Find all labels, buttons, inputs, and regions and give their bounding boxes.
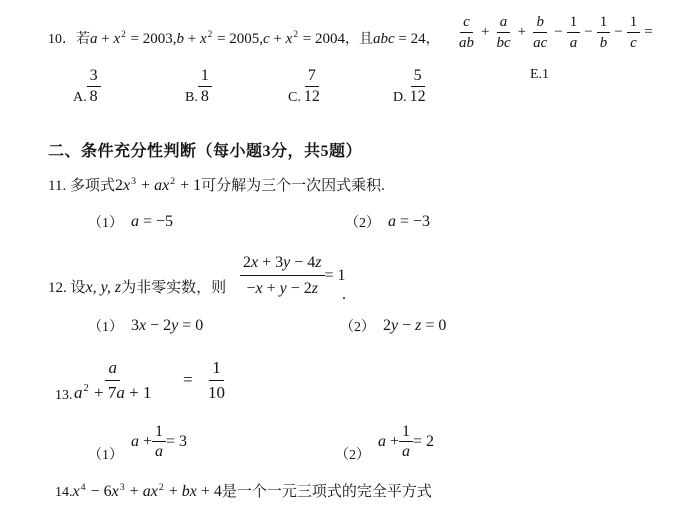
question-10: 10．若a + x2 = 2003,b + x2 = 2005,c + x2 =… xyxy=(48,10,683,68)
math-token: + xyxy=(165,483,182,500)
fraction-1-over-a: 1a xyxy=(399,422,413,461)
condition-pre: a + xyxy=(378,433,399,451)
option-e: E.1 xyxy=(530,66,549,84)
numerator: 1 xyxy=(209,356,224,381)
math-token: bx xyxy=(182,483,197,500)
numerator: 7 xyxy=(305,66,319,87)
math-token: = −3 xyxy=(396,213,430,230)
math-token: a xyxy=(402,443,410,460)
variables: x, y, z xyxy=(86,279,122,296)
condition-equation: 2y − z = 0 xyxy=(383,317,446,335)
question-12-stem: 12. 设x, y, z为非零实数，则 xyxy=(48,276,226,297)
math-token: + xyxy=(184,31,200,47)
denominator: ab xyxy=(456,33,477,53)
math-token: x xyxy=(286,31,293,47)
fraction-expression: cab + abc + bac − 1a − 1b − 1c = xyxy=(456,12,657,53)
superscript: 2 xyxy=(170,176,175,187)
math-token: 2 xyxy=(243,254,251,271)
denominator: 8 xyxy=(87,87,101,107)
superscript: 2 xyxy=(293,30,298,40)
question-number: 13. xyxy=(55,388,73,404)
condition-equation: 3x − 2y = 0 xyxy=(131,317,203,335)
condition-label: （1） xyxy=(88,444,123,464)
numerator: 1 xyxy=(399,422,413,442)
option-fraction: 18 xyxy=(198,66,212,107)
equation-series: a + x2 = 2003,b + x2 = 2005,c + x2 = 200… xyxy=(90,31,345,47)
math-token: = 0 xyxy=(421,317,446,334)
fraction-1-over-a: 1a xyxy=(152,422,166,461)
math-token: a xyxy=(388,213,396,230)
question-number: 10． xyxy=(48,32,76,47)
math-token: ax xyxy=(154,177,169,194)
math-token: a xyxy=(378,433,386,450)
superscript: 3 xyxy=(120,482,125,493)
option-label: B. xyxy=(185,89,198,107)
stem-lead: 若 xyxy=(76,32,90,47)
math-token: − 2 xyxy=(146,317,171,334)
superscript: 3 xyxy=(131,176,136,187)
numerator: 1 xyxy=(152,422,166,442)
math-token: + xyxy=(137,177,154,194)
math-token: + 3 xyxy=(258,254,283,271)
fraction-a-over-quadratic: aa2 + 7a + 1 xyxy=(71,356,154,405)
condition-post: = 3 xyxy=(166,433,187,451)
math-token: b xyxy=(177,31,185,47)
option-c: C. 712 xyxy=(288,66,323,107)
superscript: 2 xyxy=(208,30,213,40)
minus-operator: − xyxy=(584,24,592,41)
math-token: a xyxy=(74,383,83,402)
math-token: + xyxy=(126,483,143,500)
math-token: x xyxy=(123,177,130,194)
math-token: x xyxy=(73,483,80,500)
sentence-period: . xyxy=(342,286,346,304)
denominator: bc xyxy=(493,33,513,53)
condition-label: （2） xyxy=(345,212,380,232)
math-token: + xyxy=(139,433,152,450)
condition-equation: a = −3 xyxy=(388,213,430,231)
option-b: B. 18 xyxy=(185,66,212,107)
question-10-options: A. 38 B. 18 C. 712 D. 512 E.1 xyxy=(73,66,653,114)
option-fraction: 38 xyxy=(87,66,101,107)
numerator: 1 xyxy=(567,12,581,33)
condition-2: （2） 2y − z = 0 xyxy=(340,316,446,336)
equals-sign: = xyxy=(644,24,652,41)
fraction-1-over-a: 1a xyxy=(567,12,581,53)
condition-1: （1） a + 1a = 3 xyxy=(88,422,187,461)
fraction-c-over-ab: cab xyxy=(456,12,477,53)
condition-2: （2） a + 1a = 2 xyxy=(335,422,434,461)
fraction-1-over-c: 1c xyxy=(627,12,641,53)
math-token: c xyxy=(263,31,270,47)
fraction-equation: 2x + 3y − 4z−x + y − 2z = 1 xyxy=(240,250,346,301)
math-token: x, y, z xyxy=(86,279,122,296)
condition-equation: a = −5 xyxy=(131,213,173,231)
math-token: x xyxy=(256,280,263,297)
math-token: + 1 xyxy=(176,177,201,194)
math-token: − 4 xyxy=(290,254,315,271)
math-token: a xyxy=(108,358,117,377)
math-token: 2 xyxy=(115,177,123,194)
option-fraction: 512 xyxy=(407,66,429,107)
condition-label: （2） xyxy=(340,316,375,336)
math-token: x xyxy=(200,31,207,47)
math-token: = 1 xyxy=(325,267,346,284)
math-token: + xyxy=(270,31,286,47)
fraction-1-over-b: 1b xyxy=(597,12,611,53)
denominator: a2 + 7a + 1 xyxy=(71,381,154,405)
question-number: 14. xyxy=(55,485,73,500)
condition-2: （2） a = −3 xyxy=(345,212,430,232)
numerator: a xyxy=(105,356,120,381)
condition-post: = 2 xyxy=(413,433,434,451)
denominator: −x + y − 2z xyxy=(243,276,321,301)
denominator: a xyxy=(152,442,166,461)
question-11-conditions: （1） a = −5 （2） a = −3 xyxy=(48,212,608,240)
math-token: + xyxy=(263,280,280,297)
denominator: b xyxy=(597,33,611,53)
equals-one: = 1 xyxy=(325,267,346,285)
superscript: 4 xyxy=(81,482,86,493)
stem-lead: 设 xyxy=(71,280,86,296)
math-token: + 1 xyxy=(125,383,152,402)
math-token: z xyxy=(315,254,321,271)
math-token: a xyxy=(90,31,98,47)
numerator: c xyxy=(460,12,473,33)
math-token: = 2004 xyxy=(299,31,345,47)
question-12: 12. 设x, y, z为非零实数，则 2x + 3y − 4z−x + y −… xyxy=(48,250,648,314)
question-14: 14.x4 − 6x3 + ax2 + bx + 4是一个一元三项式的完全平方式 xyxy=(55,478,432,507)
math-token: = 0 xyxy=(178,317,203,334)
question-13-conditions: （1） a + 1a = 3 （2） a + 1a = 2 xyxy=(55,420,635,470)
minus-operator: − xyxy=(614,24,622,41)
denominator: ac xyxy=(530,33,550,53)
stem-tail: 是一个一元三项式的完全平方式 xyxy=(222,484,432,500)
denominator: 10 xyxy=(205,381,228,405)
denominator: 12 xyxy=(407,87,429,107)
separator-and: ，且 xyxy=(345,32,373,47)
superscript: 2 xyxy=(84,383,89,394)
stem-mid: 为非零实数，则 xyxy=(121,280,226,296)
math-token: = 3 xyxy=(166,433,187,450)
abc-equation: abc = 24 xyxy=(373,31,426,47)
section-heading: 二、条件充分性判断（每小题3分，共5题） xyxy=(48,138,362,161)
option-label: A. xyxy=(73,89,87,107)
denominator: 8 xyxy=(198,87,212,107)
denominator: a xyxy=(567,33,581,53)
question-number: 11. xyxy=(48,178,70,194)
fraction-a-over-bc: abc xyxy=(493,12,513,53)
math-token: = 2 xyxy=(413,433,434,450)
fraction-b-over-ac: bac xyxy=(530,12,550,53)
math-token: − xyxy=(398,317,415,334)
minus-operator: − xyxy=(554,24,562,41)
math-token: − 6 xyxy=(87,483,112,500)
math-token: + xyxy=(386,433,399,450)
condition-label: （1） xyxy=(88,212,123,232)
condition-1: （1） 3x − 2y = 0 xyxy=(88,316,203,336)
option-label: E.1 xyxy=(530,66,549,84)
question-11: 11. 多项式2x3 + ax2 + 1可分解为三个一次因式乘积. xyxy=(48,174,385,198)
denominator: c xyxy=(627,33,640,53)
numerator: 1 xyxy=(627,12,641,33)
numerator: b xyxy=(533,12,547,33)
fraction-1-over-10: 110 xyxy=(205,356,228,405)
math-token: a xyxy=(116,383,125,402)
numerator: 2x + 3y − 4z xyxy=(240,250,325,276)
numerator: 3 xyxy=(87,66,101,87)
superscript: 2 xyxy=(121,30,126,40)
math-token: x xyxy=(112,483,119,500)
option-fraction: 712 xyxy=(301,66,323,107)
question-13: 13. aa2 + 7a + 1 = 110 xyxy=(55,356,355,416)
superscript: 2 xyxy=(159,482,164,493)
math-token: + 7 xyxy=(90,383,117,402)
equals-sign: = xyxy=(183,370,193,390)
math-token: + xyxy=(98,31,114,47)
stem-lead: 多项式 xyxy=(70,178,115,194)
math-token: + 4 xyxy=(197,483,222,500)
math-token: = 24 xyxy=(395,31,426,47)
numerator: 1 xyxy=(597,12,611,33)
option-d: D. 512 xyxy=(393,66,429,107)
math-token: = −5 xyxy=(139,213,173,230)
question-10-stem: 10．若a + x2 = 2003,b + x2 = 2005,c + x2 =… xyxy=(48,28,440,48)
denominator: 12 xyxy=(301,87,323,107)
fraction-2x3y4z: 2x + 3y − 4z−x + y − 2z xyxy=(240,250,325,301)
math-token: = 2005, xyxy=(213,31,263,47)
numerator: 5 xyxy=(411,66,425,87)
plus-operator: + xyxy=(518,24,526,41)
math-token: z xyxy=(312,280,318,297)
math-token: a xyxy=(131,213,139,230)
math-token: abc xyxy=(373,31,395,47)
polynomial: 2x3 + ax2 + 1 xyxy=(115,177,201,194)
option-label: D. xyxy=(393,89,407,107)
condition-pre: a + xyxy=(131,433,152,451)
stem-tail: 可分解为三个一次因式乘积. xyxy=(201,178,385,194)
math-token: a xyxy=(131,433,139,450)
quartic-polynomial: x4 − 6x3 + ax2 + bx + 4 xyxy=(73,483,222,500)
option-label: C. xyxy=(288,89,301,107)
condition-label: （1） xyxy=(88,316,123,336)
math-token: a xyxy=(155,443,163,460)
numerator: a xyxy=(497,12,511,33)
condition-1: （1） a = −5 xyxy=(88,212,173,232)
math-token: = 2003, xyxy=(127,31,177,47)
condition-label: （2） xyxy=(335,444,370,464)
numerator: 1 xyxy=(198,66,212,87)
exam-document-page: 10．若a + x2 = 2003,b + x2 = 2005,c + x2 =… xyxy=(0,0,685,525)
math-token: − xyxy=(246,280,255,297)
option-a: A. 38 xyxy=(73,66,101,107)
math-token: 3 xyxy=(131,317,139,334)
math-token: x xyxy=(113,31,120,47)
math-token: ax xyxy=(143,483,158,500)
question-number: 12. xyxy=(48,280,71,296)
question-12-conditions: （1） 3x − 2y = 0 （2） 2y − z = 0 xyxy=(48,316,608,344)
math-token: − 2 xyxy=(287,280,312,297)
separator-comma: ， xyxy=(426,32,440,47)
denominator: a xyxy=(399,442,413,461)
plus-operator: + xyxy=(481,24,489,41)
math-token: y xyxy=(280,280,287,297)
math-token: 2 xyxy=(383,317,391,334)
